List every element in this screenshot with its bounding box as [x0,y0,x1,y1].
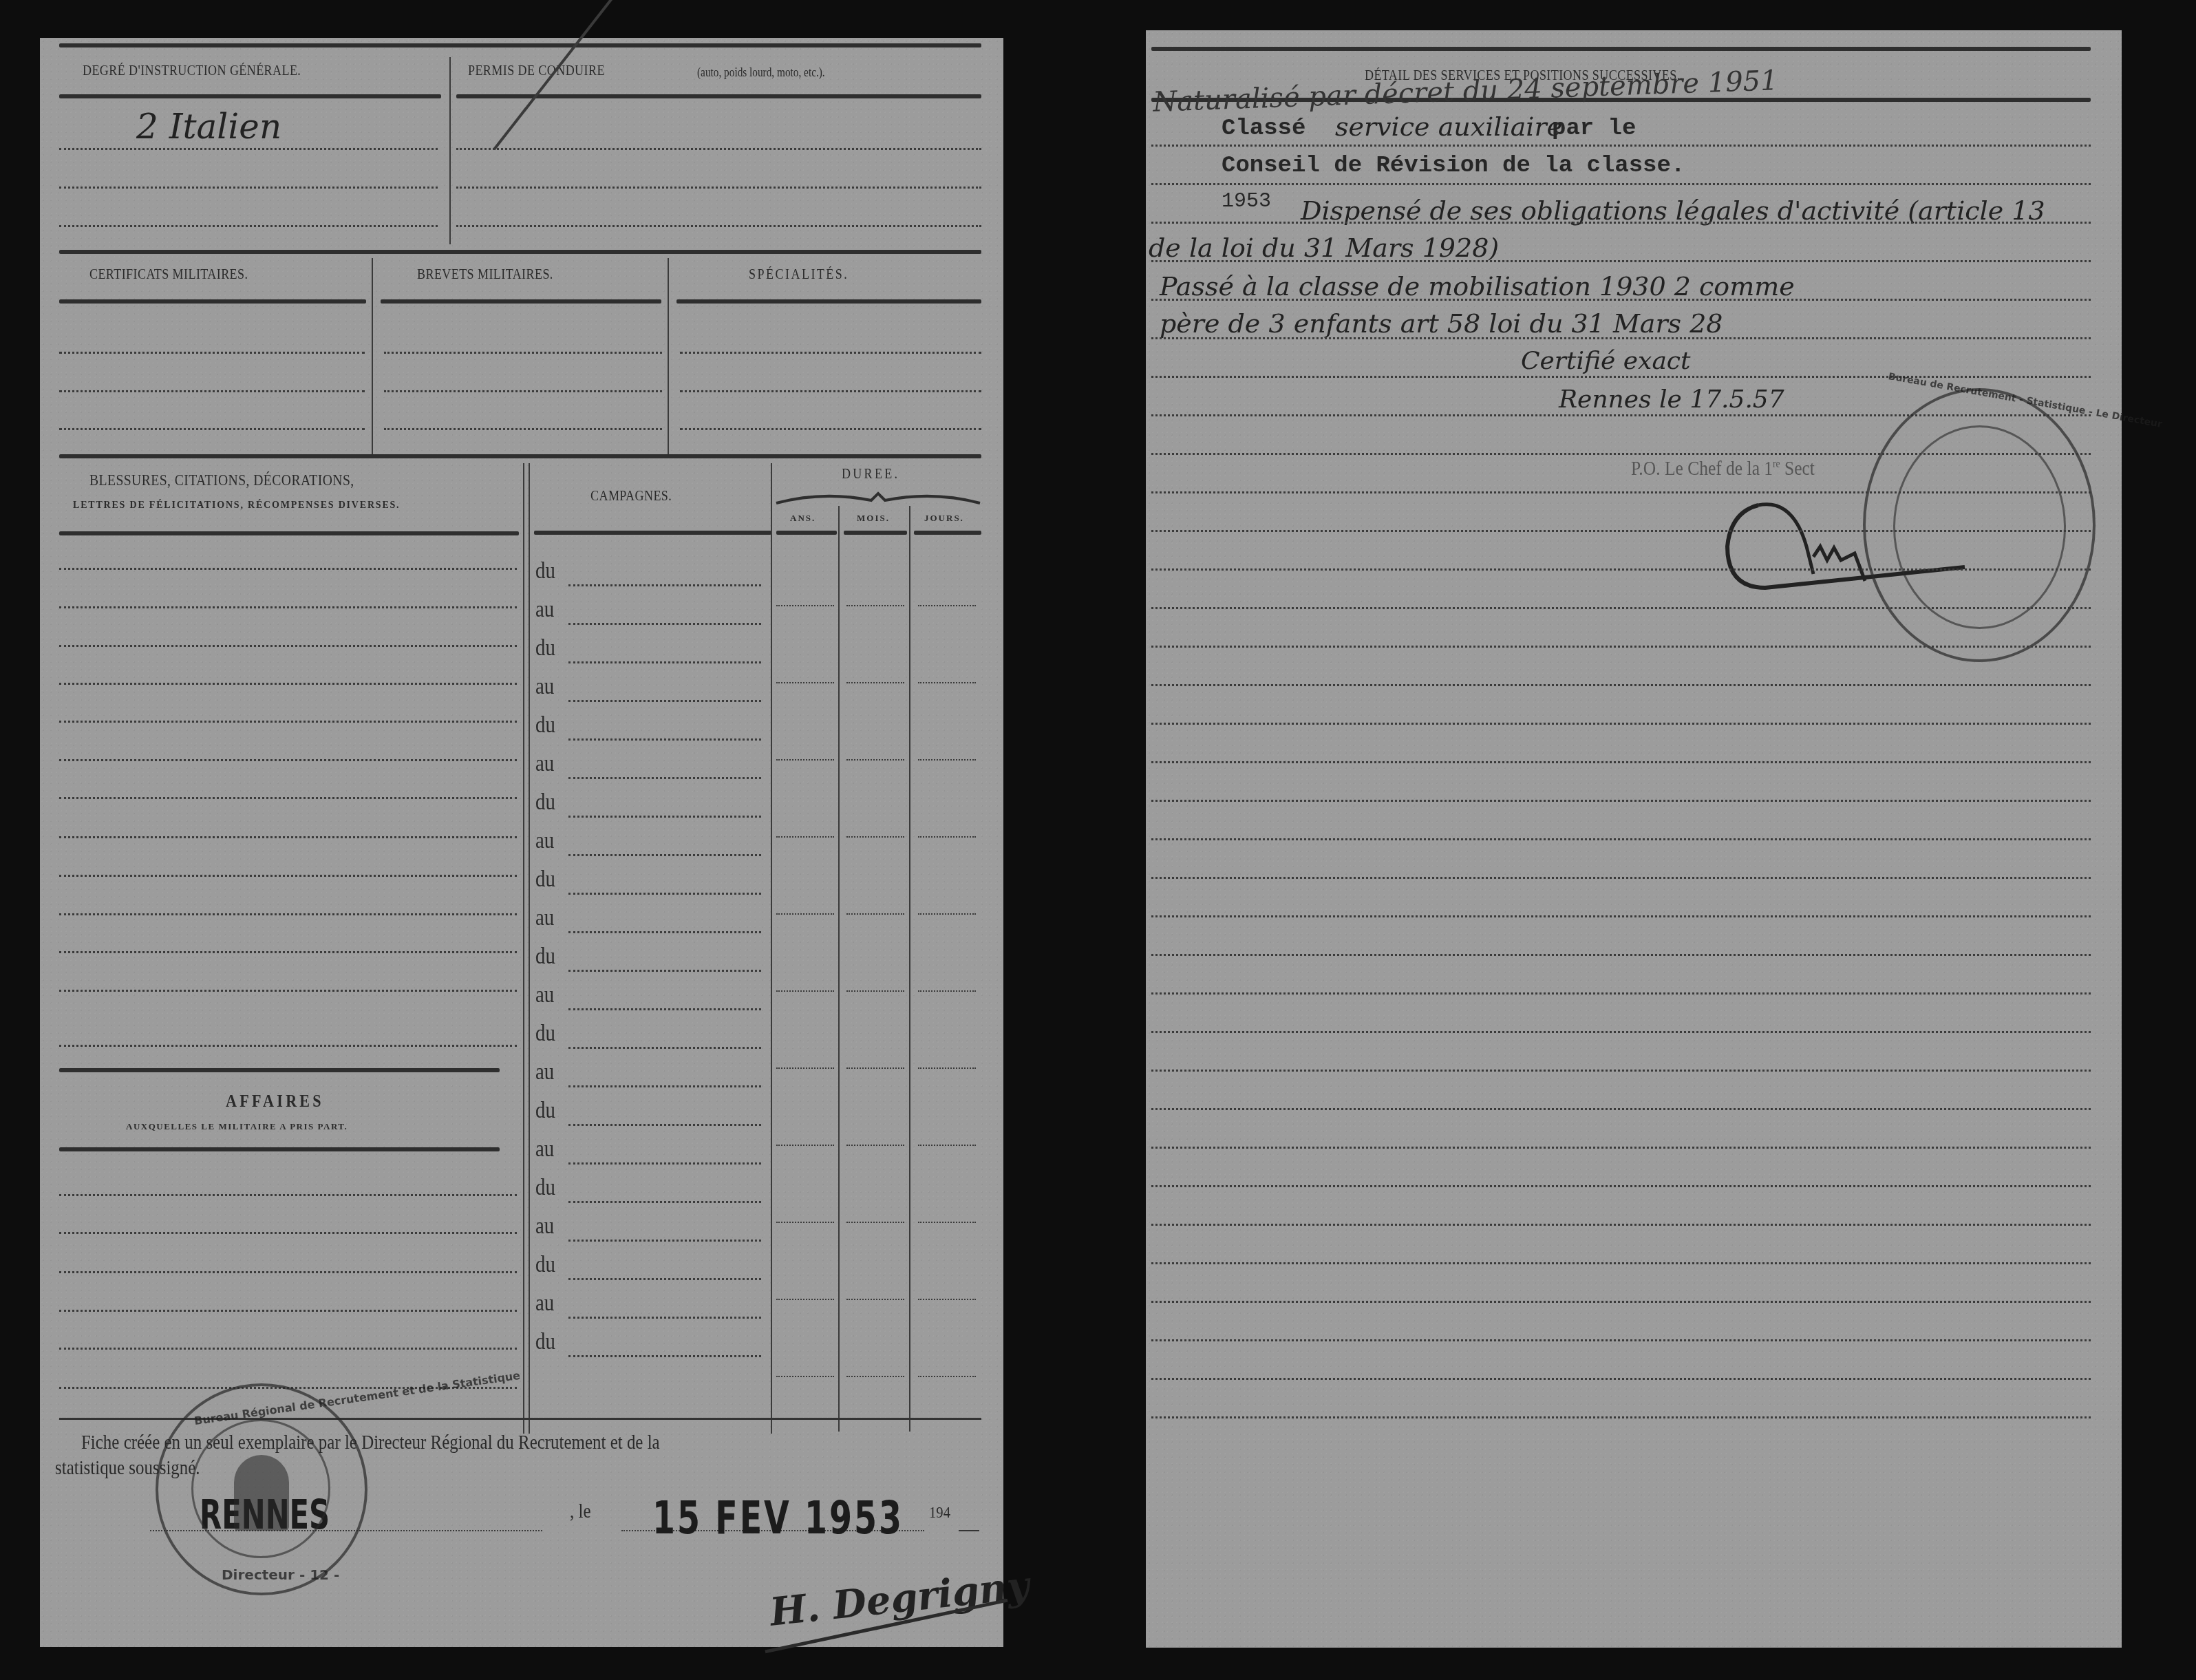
year-prefix: 194 [929,1504,950,1522]
campaign-row: au [535,825,769,864]
campaign-row: du [535,787,769,825]
campaign-row: au [535,979,769,1018]
campaign-row: du [535,864,769,902]
campaign-row: du [535,710,769,748]
duration-lines [776,38,983,1647]
campagnes-header: CAMPAGNES. [590,487,672,504]
campaign-row: au [535,902,769,941]
campaign-row: du [535,1249,769,1288]
campaign-row: du [535,1172,769,1211]
campaign-row: au [535,748,769,787]
rule [534,531,771,535]
right-page: DÉTAIL DES SERVICES ET POSITIONS SUCCESS… [1146,30,2122,1648]
campaign-row: au [535,1211,769,1249]
campaign-row: du [535,555,769,594]
year-line [959,1530,979,1531]
recruitment-stamp: Bureau Régional de Recrutement et de la … [156,1383,367,1595]
campaign-row: du [535,941,769,979]
divider [668,258,669,458]
campaign-row: du [535,1095,769,1134]
campaign-row: au [535,1134,769,1172]
stamp-text-bottom: Directeur - 12 - [222,1566,339,1583]
date-label: , le [570,1500,590,1523]
campaign-rows: du au du au du au du au du au du au du a… [535,555,769,1365]
campaign-row: du [535,1326,769,1365]
divider [523,463,524,1434]
date-stamp: 15 FEV 1953 [652,1491,904,1544]
stamp-emblem-icon [234,1455,289,1531]
campaign-row: au [535,1056,769,1095]
campaign-row: du [535,632,769,671]
divider [529,463,530,1434]
divider [771,463,772,1434]
left-page: DEGRÉ D'INSTRUCTION GÉNÉRALE. PERMIS DE … [40,38,1003,1647]
campaign-row: au [535,1288,769,1326]
services-lines [1151,30,2094,1648]
campaign-row: du [535,1018,769,1056]
campaign-row: au [535,594,769,632]
campaign-row: au [535,671,769,710]
